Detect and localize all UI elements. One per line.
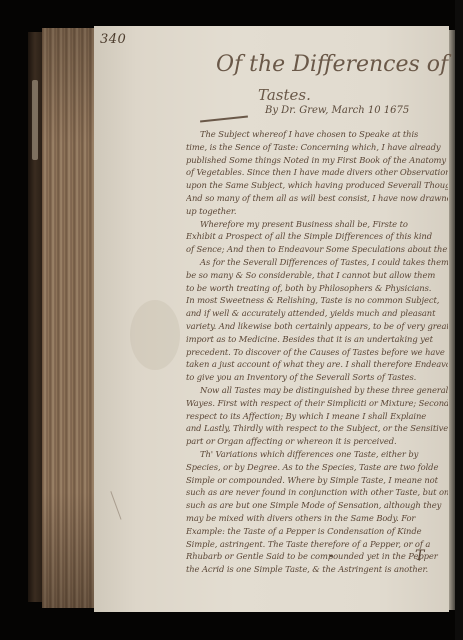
catchword: T xyxy=(415,548,424,564)
title-line-1: Of the Differences of xyxy=(216,52,448,77)
page-number: 340 xyxy=(100,32,126,47)
text-line: upon the Same Subject, which having prod… xyxy=(186,179,448,192)
ink-dot xyxy=(330,555,332,557)
spine-tear xyxy=(32,80,38,160)
text-line: As for the Severall Differences of Taste… xyxy=(186,256,448,269)
text-line: Example: the Taste of a Pepper is Conden… xyxy=(186,525,448,538)
text-line: In most Sweetness & Relishing, Taste is … xyxy=(186,294,448,307)
text-line: And so many of them all as will best con… xyxy=(186,192,448,205)
text-line: published Some things Noted in my First … xyxy=(186,154,448,167)
text-line: Wayes. First with respect of their Simpl… xyxy=(186,397,448,410)
text-line: taken a just account of what they are. I… xyxy=(186,358,448,371)
text-line: Simple or compounded. Where by Simple Ta… xyxy=(186,474,448,487)
text-line: and Lastly, Thirdly with respect to the … xyxy=(186,422,448,435)
manuscript-body: The Subject whereof I have chosen to Spe… xyxy=(186,128,448,576)
background-edge xyxy=(455,0,463,640)
text-line: Wherefore my present Business shall be, … xyxy=(186,218,448,231)
text-line: such as are but one Simple Mode of Sensa… xyxy=(186,499,448,512)
text-line: The Subject whereof I have chosen to Spe… xyxy=(186,128,448,141)
text-line: may be mixed with divers others in the S… xyxy=(186,512,448,525)
text-line: of Vegetables. Since then I have made di… xyxy=(186,166,448,179)
text-line: be so many & So considerable, that I can… xyxy=(186,269,448,282)
text-line: to be worth treating of, both by Philoso… xyxy=(186,282,448,295)
text-line: precedent. To discover of the Causes of … xyxy=(186,346,448,359)
text-line: and if well & accurately attended, yield… xyxy=(186,307,448,320)
text-line: Th' Variations which differences one Tas… xyxy=(186,448,448,461)
title-line-2: Tastes. xyxy=(258,86,311,104)
text-line: such as are never found in conjunction w… xyxy=(186,486,448,499)
text-line: time, is the Sence of Taste: Concerning … xyxy=(186,141,448,154)
text-line: Species, or by Degree. As to the Species… xyxy=(186,461,448,474)
text-line: import as to Medicine. Besides that it i… xyxy=(186,333,448,346)
text-line: the Acrid is one Simple Taste, & the Ast… xyxy=(186,563,448,576)
text-line: Exhibit a Prospect of all the Simple Dif… xyxy=(186,230,448,243)
author-byline: By Dr. Grew, March 10 1675 xyxy=(265,105,409,116)
text-line: Now all Tastes may be distinguished by t… xyxy=(186,384,448,397)
paper-stain xyxy=(130,300,180,370)
text-line: Simple, astringent. The Taste therefore … xyxy=(186,538,448,551)
text-line: up together. xyxy=(186,205,448,218)
text-line: to give you an Inventory of the Severall… xyxy=(186,371,448,384)
text-line: variety. And likewise both certainly app… xyxy=(186,320,448,333)
text-line: part or Organ affecting or whereon it is… xyxy=(186,435,448,448)
fore-edge-shade xyxy=(42,28,94,608)
text-line: Rhubarb or Gentle Said to be compounded … xyxy=(186,550,448,563)
text-line: of Sence; And then to Endeavour Some Spe… xyxy=(186,243,448,256)
text-line: respect to its Affection; By which I mea… xyxy=(186,410,448,423)
